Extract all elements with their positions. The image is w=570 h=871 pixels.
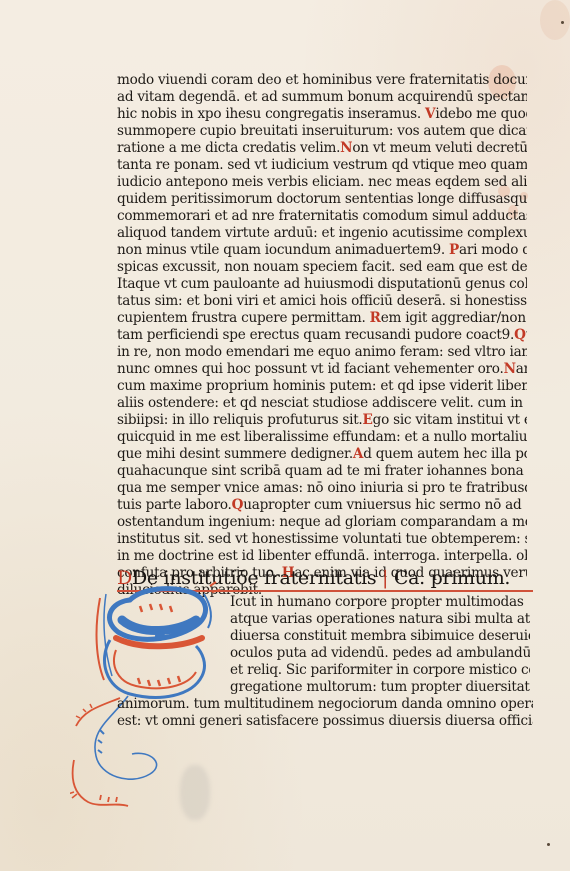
paper-stain <box>540 0 570 40</box>
text-line: cupientem frustra cupere permittam. Rem … <box>117 310 527 327</box>
text-line: oculos puta ad videndū. pedes ad ambulan… <box>230 645 530 662</box>
rubricated-initial: P <box>449 242 459 258</box>
text-line: cum maxime proprium hominis putem: et qd… <box>117 378 527 395</box>
text-line: aliis ostendere: et qd nesciat studiose … <box>117 395 527 412</box>
text-line: spicas excussit, non nouam speciem facit… <box>117 259 527 276</box>
chapter-text-indented: Icut in humano corpore propter multimoda… <box>230 594 530 696</box>
text-line: quicquid in me est liberalissime effunda… <box>117 429 527 446</box>
rubricated-initial: E <box>363 412 373 428</box>
chapter-text-full-width: animorum. tum multitudinem negociorum da… <box>117 696 533 730</box>
text-line: gregatione multorum: tum propter diuersi… <box>230 679 530 696</box>
body-text-block: modo viuendi coram deo et hominibus vere… <box>117 72 527 599</box>
text-line: summopere cupio breuitati inseruiturum: … <box>117 123 527 140</box>
text-line: et reliq. Sic pariformiter in corpore mi… <box>230 662 530 679</box>
text-line: commemorari et ad nre fraternitatis como… <box>117 208 527 225</box>
text-line: non minus vtile quam iocundum animaduert… <box>117 242 527 259</box>
text-line: atque varias operationes natura sibi mul… <box>230 611 530 628</box>
text-line: in me doctrine est id libenter effundā. … <box>117 548 527 565</box>
text-line: est: vt omni generi satisfacere possimus… <box>117 713 533 730</box>
text-line: nunc omnes qui hoc possunt vt id faciant… <box>117 361 527 378</box>
text-line: in re, non modo emendari me equo animo f… <box>117 344 527 361</box>
rubricated-initial: V <box>425 106 435 122</box>
text-line: sibiipsi: in illo reliquis profuturus si… <box>117 412 527 429</box>
rubricated-initial: N <box>504 361 516 377</box>
chapter-label: Ca. primum. <box>394 567 510 589</box>
rubricated-initial: Q <box>232 497 244 513</box>
text-line: modo viuendi coram deo et hominibus vere… <box>117 72 527 89</box>
text-line: qua me semper vnice amas: nō oino iniuri… <box>117 480 527 497</box>
paper-speck <box>561 21 564 24</box>
text-line: aliquod tandem virtute arduū: et ingenio… <box>117 225 527 242</box>
rubricated-initial: A <box>353 446 363 462</box>
manuscript-page: modo viuendi coram deo et hominibus vere… <box>0 0 570 871</box>
text-line: tam perficiendi spe erectus quam recusan… <box>117 327 527 344</box>
text-line: hic nobis in xpo ihesu congregatis inser… <box>117 106 527 123</box>
text-line: iudicio antepono meis verbis eliciam. ne… <box>117 174 527 191</box>
text-line: tuis parte laboro.Quapropter cum vniuers… <box>117 497 527 514</box>
text-line: ostentandum ingenium: neque ad gloriam c… <box>117 514 527 531</box>
text-line: tanta re ponam. sed vt iudicium vestrum … <box>117 157 527 174</box>
text-line: ad vitam degendā. et ad summum bonum acq… <box>117 89 527 106</box>
text-line: Itaque vt cum pauloante ad huiusmodi dis… <box>117 276 527 293</box>
text-line: quidem peritissimorum doctorum sententia… <box>117 191 527 208</box>
text-line: institutus sit. sed vt honestissime volu… <box>117 531 527 548</box>
text-line: ratione a me dicta credatis velim.Non vt… <box>117 140 527 157</box>
text-line: diuersa constituit membra sibimuice dese… <box>230 628 530 645</box>
text-line: que mihi desint summere dedigner.Ad quem… <box>117 446 527 463</box>
rubricated-initial: Q <box>514 327 526 343</box>
text-line: animorum. tum multitudinem negociorum da… <box>117 696 533 713</box>
rubricated-initial: R <box>370 310 381 326</box>
text-line: quahacunque sint scribā quam ad te mi fr… <box>117 463 527 480</box>
heading-divider: | <box>382 567 388 589</box>
text-line: tatus sim: et boni viri et amici hois of… <box>117 293 527 310</box>
paper-speck <box>547 843 550 846</box>
text-line: Icut in humano corpore propter multimoda… <box>230 594 530 611</box>
rubricated-initial: N <box>340 140 352 156</box>
